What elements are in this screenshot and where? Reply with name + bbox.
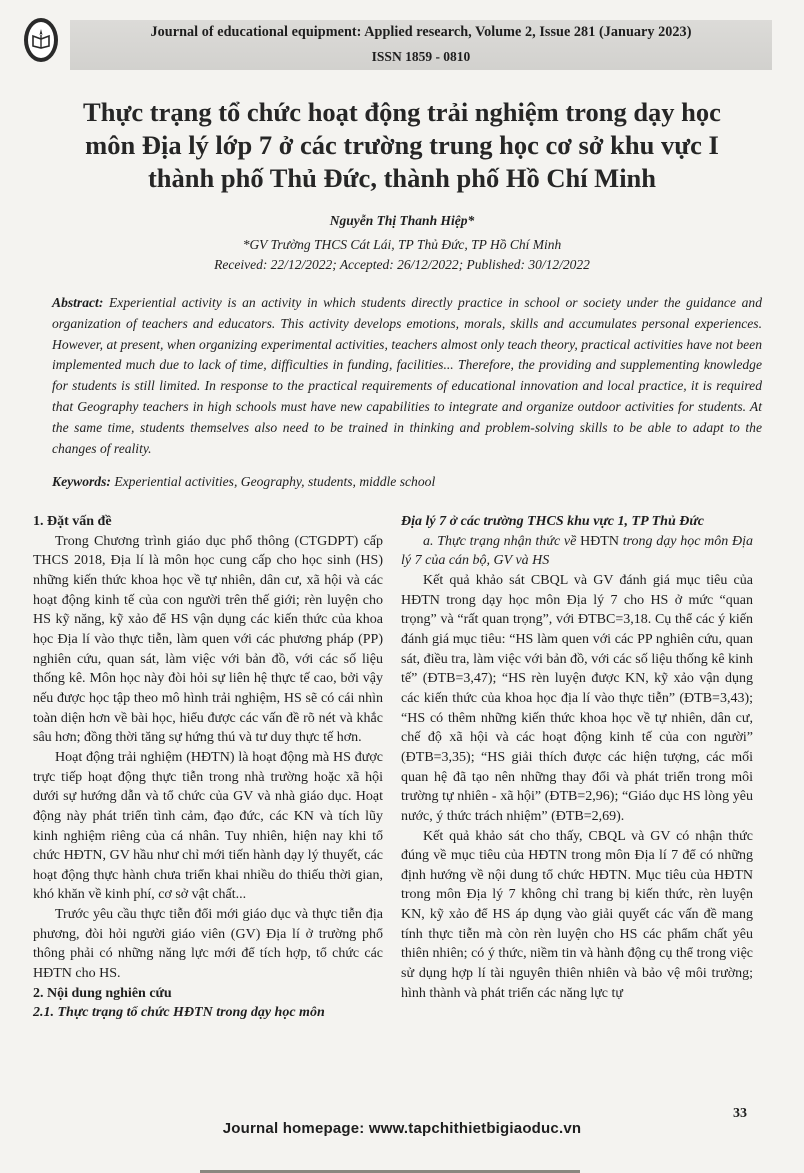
subsection-heading-continued: Địa lý 7 ở các trường THCS khu vực 1, TP… xyxy=(401,512,753,532)
title-line: Thực trạng tổ chức hoạt động trải nghiệm… xyxy=(60,96,744,129)
publication-dates: Received: 22/12/2022; Accepted: 26/12/20… xyxy=(0,257,804,273)
abstract-label: Abstract: xyxy=(52,295,103,310)
paragraph: Kết quả khảo sát CBQL và GV đánh giá mục… xyxy=(401,571,753,827)
sub-heading-a: a. Thực trạng nhận thức về HĐTN trong dạ… xyxy=(401,532,753,571)
section-heading: 2. Nội dung nghiên cứu xyxy=(33,984,383,1004)
book-star-icon xyxy=(30,27,52,53)
abstract: Abstract: Experiential activity is an ac… xyxy=(52,293,762,459)
section-heading: 1. Đặt vấn đề xyxy=(33,512,383,532)
article-title: Thực trạng tổ chức hoạt động trải nghiệm… xyxy=(60,96,744,195)
author-name: Nguyễn Thị Thanh Hiệp* xyxy=(0,213,804,229)
journal-logo-icon xyxy=(24,18,58,62)
body-column-left: 1. Đặt vấn đề Trong Chương trình giáo dụ… xyxy=(33,512,383,1023)
title-line: thành phố Thủ Đức, thành phố Hồ Chí Minh xyxy=(60,162,744,195)
journal-header-bar: Journal of educational equipment: Applie… xyxy=(70,20,772,70)
paragraph: Hoạt động trải nghiệm (HĐTN) là hoạt độn… xyxy=(33,748,383,905)
keywords: Keywords: Experiential activities, Geogr… xyxy=(52,474,762,490)
author-affiliation: *GV Trường THCS Cát Lái, TP Thủ Đức, TP … xyxy=(0,237,804,253)
subsection-heading: 2.1. Thực trạng tổ chức HĐTN trong dạy h… xyxy=(33,1003,383,1023)
body-column-right: Địa lý 7 ở các trường THCS khu vực 1, TP… xyxy=(401,512,753,1003)
journal-header: Journal of educational equipment: Applie… xyxy=(24,14,784,70)
paragraph: Kết quả khảo sát cho thấy, CBQL và GV có… xyxy=(401,827,753,1004)
sub-heading-abbrev: HĐTN xyxy=(580,534,619,549)
journal-homepage: Journal homepage: www.tapchithietbigiaod… xyxy=(0,1120,804,1137)
journal-citation: Journal of educational equipment: Applie… xyxy=(70,24,772,41)
paragraph: Trước yêu cầu thực tiễn đổi mới giáo dục… xyxy=(33,905,383,984)
title-line: môn Địa lý lớp 7 ở các trường trung học … xyxy=(60,129,744,162)
issn: ISSN 1859 - 0810 xyxy=(70,49,772,65)
sub-heading-text: a. Thực trạng nhận thức về xyxy=(423,534,580,549)
abstract-text: Experiential activity is an activity in … xyxy=(52,295,762,456)
keywords-label: Keywords: xyxy=(52,474,111,489)
paragraph: Trong Chương trình giáo dục phổ thông (C… xyxy=(33,532,383,748)
keywords-text: Experiential activities, Geography, stud… xyxy=(114,474,435,489)
